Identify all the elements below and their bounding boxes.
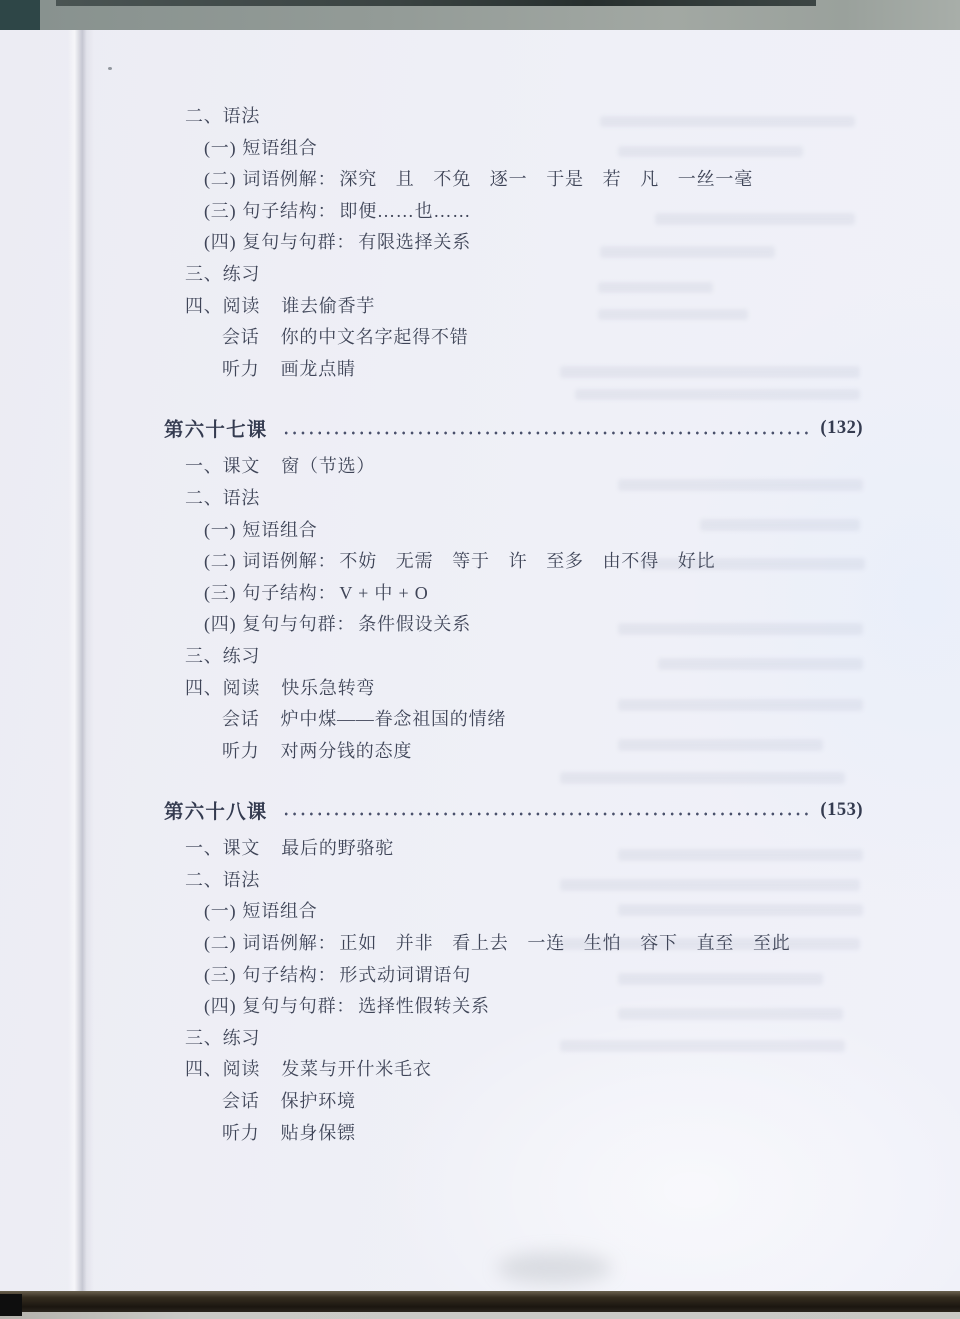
- toc-line: 一、课文窗（节选）: [0, 451, 960, 483]
- line-value: 最后的野骆驼: [281, 838, 394, 858]
- toc-line: 二、语法: [0, 483, 960, 515]
- line-value: 你的中文名字起得不错: [281, 327, 469, 347]
- toc-line: 二、语法: [0, 101, 960, 133]
- dot-leader: [282, 791, 811, 829]
- toc-line: 一、课文最后的野骆驼: [0, 833, 960, 865]
- line-marker: 三、: [185, 646, 223, 666]
- toc-line: 四、阅读发菜与开什米毛衣: [0, 1054, 960, 1086]
- line-label: 会话: [222, 327, 260, 347]
- line-label: 词语例解：: [242, 169, 336, 189]
- line-label: 语法: [223, 488, 261, 508]
- scanned-page: ） 二、语法(一)短语组合(二)词语例解：深究 且 不免 逐一 于是 若 凡 一…: [0, 30, 960, 1291]
- line-marker: 四、: [185, 296, 223, 316]
- line-marker: 一、: [185, 456, 223, 476]
- toc-line: (二)词语例解：深究 且 不免 逐一 于是 若 凡 一丝一毫: [0, 164, 960, 196]
- line-label: 语法: [223, 870, 261, 890]
- line-label: 句子结构：: [242, 965, 336, 985]
- dot-leader: [282, 409, 811, 447]
- toc-block: 第六十八课(153)一、课文最后的野骆驼二、语法(一)短语组合(二)词语例解：正…: [0, 791, 960, 1149]
- line-marker: 二、: [185, 106, 223, 126]
- line-label: 课文: [223, 456, 261, 476]
- line-label: 词语例解：: [242, 551, 336, 571]
- toc-line: (二)词语例解：不妨 无需 等于 许 至多 由不得 好比: [0, 546, 960, 578]
- book-spine-corner-bottom: [0, 1294, 22, 1316]
- line-marker: (二): [204, 169, 236, 189]
- toc-block: 二、语法(一)短语组合(二)词语例解：深究 且 不免 逐一 于是 若 凡 一丝一…: [0, 101, 960, 385]
- line-label: 练习: [223, 1028, 261, 1048]
- line-value: 谁去偷香芋: [281, 296, 375, 316]
- lesson-page-number: (153): [820, 800, 863, 821]
- line-label: 听力: [222, 741, 260, 761]
- line-value: 贴身保镖: [281, 1123, 356, 1143]
- book-bottom-edge: [0, 1291, 960, 1312]
- line-marker: (四): [204, 996, 236, 1016]
- toc-line: (一)短语组合: [0, 515, 960, 547]
- toc-line: 听力画龙点睛: [0, 354, 960, 386]
- line-label: 词语例解：: [242, 933, 336, 953]
- line-marker: 四、: [185, 678, 223, 698]
- line-label: 阅读: [223, 296, 261, 316]
- book-top-edge-shadow: [56, 0, 816, 6]
- line-label: 语法: [223, 106, 261, 126]
- line-marker: 二、: [185, 488, 223, 508]
- line-value: 正如 并非 看上去 一连 生怕 容下 直至 至此: [339, 933, 790, 953]
- toc-line: (四)复句与句群：条件假设关系: [0, 609, 960, 641]
- line-label: 练习: [223, 264, 261, 284]
- toc-line: 四、阅读谁去偷香芋: [0, 291, 960, 323]
- toc-line: 会话你的中文名字起得不错: [0, 322, 960, 354]
- toc-line: 听力对两分钱的态度: [0, 736, 960, 768]
- line-value: 有限选择关系: [358, 232, 471, 252]
- toc-line: (四)复句与句群：选择性假转关系: [0, 991, 960, 1023]
- line-marker: 四、: [185, 1059, 223, 1079]
- line-label: 练习: [223, 646, 261, 666]
- toc-line: 听力贴身保镖: [0, 1118, 960, 1150]
- line-label: 短语组合: [242, 138, 317, 158]
- line-marker: 一、: [185, 838, 223, 858]
- toc-line: (一)短语组合: [0, 896, 960, 928]
- line-marker: (三): [204, 583, 236, 603]
- line-marker: (一): [204, 520, 236, 540]
- line-marker: (二): [204, 551, 236, 571]
- line-marker: (一): [204, 901, 236, 921]
- ink-speck: [108, 67, 112, 70]
- toc-line: 会话保护环境: [0, 1086, 960, 1118]
- line-label: 阅读: [223, 1059, 261, 1079]
- line-marker: (四): [204, 614, 236, 634]
- line-label: 复句与句群：: [242, 996, 355, 1016]
- line-label: 句子结构：: [242, 201, 336, 221]
- line-marker: (三): [204, 965, 236, 985]
- line-value: V + 中 + O: [339, 583, 428, 603]
- toc-line: (三)句子结构：V + 中 + O: [0, 578, 960, 610]
- line-value: 画龙点睛: [281, 359, 356, 379]
- line-label: 听力: [222, 1123, 260, 1143]
- line-label: 阅读: [223, 678, 261, 698]
- scanner-bottom-strip: [0, 1312, 960, 1319]
- line-label: 会话: [222, 709, 260, 729]
- book-spine-corner-top: [0, 0, 40, 30]
- line-value: 发菜与开什米毛衣: [281, 1059, 431, 1079]
- line-value: 快乐急转弯: [281, 678, 375, 698]
- toc-line: (四)复句与句群：有限选择关系: [0, 227, 960, 259]
- toc-line: (三)句子结构：形式动词谓语句: [0, 960, 960, 992]
- line-value: 窗（节选）: [281, 456, 375, 476]
- line-marker: (四): [204, 232, 236, 252]
- line-value: 即便……也……: [339, 201, 471, 221]
- toc-line: (一)短语组合: [0, 133, 960, 165]
- lesson-page-number: (132): [820, 418, 863, 439]
- toc-line: 三、练习: [0, 259, 960, 291]
- book-top-edge: [0, 0, 960, 30]
- line-value: 不妨 无需 等于 许 至多 由不得 好比: [339, 551, 715, 571]
- line-value: 选择性假转关系: [358, 996, 490, 1016]
- table-of-contents: 二、语法(一)短语组合(二)词语例解：深究 且 不免 逐一 于是 若 凡 一丝一…: [0, 101, 960, 1149]
- toc-line: 四、阅读快乐急转弯: [0, 673, 960, 705]
- line-value: 对两分钱的态度: [281, 741, 413, 761]
- line-label: 听力: [222, 359, 260, 379]
- toc-line: 三、练习: [0, 641, 960, 673]
- toc-line: (三)句子结构：即便……也……: [0, 196, 960, 228]
- line-marker: (二): [204, 933, 236, 953]
- line-marker: 三、: [185, 1028, 223, 1048]
- line-value: 深究 且 不免 逐一 于是 若 凡 一丝一毫: [339, 169, 753, 189]
- line-value: 条件假设关系: [358, 614, 471, 634]
- lesson-title: 第六十七课: [164, 414, 268, 442]
- line-marker: (一): [204, 138, 236, 158]
- line-value: 炉中煤——眷念祖国的情绪: [281, 709, 507, 729]
- toc-line: 三、练习: [0, 1023, 960, 1055]
- lesson-title: 第六十八课: [164, 796, 268, 824]
- line-label: 课文: [223, 838, 261, 858]
- lesson-heading: 第六十八课(153): [0, 791, 960, 829]
- toc-block: 第六十七课(132)一、课文窗（节选）二、语法(一)短语组合(二)词语例解：不妨…: [0, 409, 960, 767]
- line-marker: 二、: [185, 870, 223, 890]
- line-label: 短语组合: [242, 520, 317, 540]
- line-marker: 三、: [185, 264, 223, 284]
- lesson-heading: 第六十七课(132): [0, 409, 960, 447]
- line-marker: (三): [204, 201, 236, 221]
- scan-smudge: [497, 1252, 612, 1284]
- line-label: 复句与句群：: [242, 232, 355, 252]
- line-label: 会话: [222, 1091, 260, 1111]
- toc-line: (二)词语例解：正如 并非 看上去 一连 生怕 容下 直至 至此: [0, 928, 960, 960]
- line-value: 形式动词谓语句: [339, 965, 471, 985]
- line-label: 复句与句群：: [242, 614, 355, 634]
- line-label: 句子结构：: [242, 583, 336, 603]
- line-value: 保护环境: [281, 1091, 356, 1111]
- toc-line: 会话炉中煤——眷念祖国的情绪: [0, 704, 960, 736]
- line-label: 短语组合: [242, 901, 317, 921]
- toc-line: 二、语法: [0, 865, 960, 897]
